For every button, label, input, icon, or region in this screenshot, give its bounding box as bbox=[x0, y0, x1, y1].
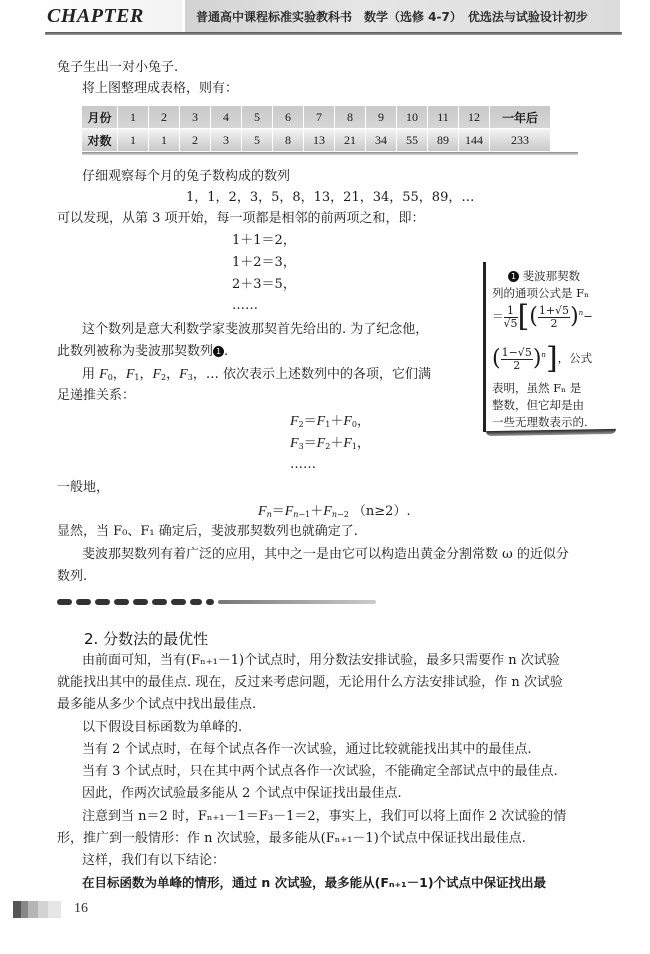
recurrence-f3: F3＝F2＋F1， bbox=[290, 435, 370, 456]
para-application-cont: 数列. bbox=[57, 568, 87, 586]
para-origin: 这个数列是意大利数学家斐波那契首先给出的. 为了纪念他， bbox=[82, 321, 428, 339]
side-note-line: 1 斐波那契数 bbox=[508, 268, 580, 284]
table-cell: 34 bbox=[366, 129, 396, 151]
table-intro: 将上图整理成表格，则有： bbox=[82, 80, 238, 98]
period: . bbox=[224, 344, 228, 359]
section-paragraph: 形，推广到一般情形：作 n 次试验，最多能从(Fₙ₊₁－1)个试点中保证找出最佳… bbox=[57, 830, 526, 848]
section-paragraph: 当有 3 个试点时，只在其中两个试点各作一次试验，不能确定全部试点中的最佳点. bbox=[82, 763, 558, 781]
section-paragraph: 当有 2 个试点时，在每个试点各作一次试验，通过比较就能找出其中的最佳点. bbox=[82, 741, 532, 759]
footer-watermark bbox=[100, 902, 170, 916]
conclusion-statement: 在目标函数为单峰的情形，通过 n 次试验，最多能从(Fₙ₊₁－1)个试点中保证找… bbox=[82, 874, 546, 892]
para-notation: 用 F0，F1，F2，F3，… 依次表示上述数列中的各项，它们满 bbox=[82, 366, 431, 387]
table-cell: 1 bbox=[118, 129, 148, 151]
sum-line: 1＋2＝3， bbox=[232, 254, 296, 272]
table-cell: 11 bbox=[428, 106, 458, 128]
table-cell: 89 bbox=[428, 129, 458, 151]
table-cell: 2 bbox=[149, 106, 179, 128]
section-paragraph: 这样，我们有以下结论： bbox=[82, 852, 225, 870]
general-recurrence: Fn＝Fn−1＋Fn−2 （n≥2）. bbox=[258, 503, 411, 524]
table-cell: 3 bbox=[180, 106, 210, 128]
side-note-formula-cont: (1−√52)n]，公式 bbox=[492, 344, 592, 374]
table-cell: 5 bbox=[242, 129, 272, 151]
table-cell-after-year: 一年后 bbox=[490, 106, 550, 128]
sequence-intro: 仔细观察每个月的兔子数构成的数列 bbox=[82, 168, 290, 186]
general-label: 一般地， bbox=[57, 479, 109, 497]
table-cell: 1 bbox=[149, 129, 179, 151]
side-note-line: 一些无理数表示的. bbox=[492, 414, 588, 430]
table-cell: 10 bbox=[397, 106, 427, 128]
para-origin-text: 此数列被称为斐波那契数列 bbox=[57, 344, 213, 359]
section-paragraph: 最多能从多少个试点中找出最佳点. bbox=[57, 696, 256, 714]
text: ，公式 bbox=[558, 351, 593, 365]
condition: （n≥2）. bbox=[353, 504, 411, 519]
para-notation-cont: 足递推关系： bbox=[57, 387, 135, 405]
table-cell: 6 bbox=[273, 106, 303, 128]
table-cell: 2 bbox=[180, 129, 210, 151]
intro-line: 兔子生出一对小兔子. bbox=[57, 59, 178, 77]
rabbit-table: 月份 1 2 3 4 5 6 7 8 9 10 11 12 一年后 对数 1 1… bbox=[82, 106, 577, 152]
section-paragraph: 注意到当 n＝2 时，Fₙ₊₁－1＝F₃－1＝2，事实上，我们可以将上面作 2 … bbox=[82, 808, 566, 826]
table-cell: 1 bbox=[118, 106, 148, 128]
footer-blocks bbox=[13, 901, 61, 918]
table-cell: 233 bbox=[490, 129, 550, 151]
section-divider bbox=[57, 598, 376, 605]
fraction: 1√5 bbox=[504, 305, 518, 330]
sum-line: 2＋3＝5， bbox=[232, 276, 296, 294]
table-cell: 5 bbox=[242, 106, 272, 128]
header-rule bbox=[45, 32, 622, 35]
table-cell: 7 bbox=[304, 106, 334, 128]
table-cell: 3 bbox=[211, 129, 241, 151]
book-title: 普通高中课程标准实验教科书 数学（选修 4-7） 优选法与试验设计初步 bbox=[196, 8, 588, 25]
text: 用 bbox=[82, 367, 99, 382]
text: ，… 依次表示上述数列中的各项，它们满 bbox=[193, 367, 431, 382]
side-note-formula: ＝1√5[(1+√52)n− bbox=[492, 302, 593, 332]
footnote-marker-icon[interactable]: 1 bbox=[213, 346, 224, 357]
chapter-label: CHAPTER bbox=[47, 5, 144, 28]
table-row-months: 月份 1 2 3 4 5 6 7 8 9 10 11 12 一年后 bbox=[82, 106, 551, 128]
section-paragraph: 以下假设目标函数为单峰的. bbox=[82, 719, 242, 737]
recurrence-ellipsis: …… bbox=[290, 456, 316, 474]
table-row-pairs: 对数 1 1 2 3 5 8 13 21 34 55 89 144 233 bbox=[82, 129, 551, 151]
side-note-line: 列的通项公式是 Fₙ bbox=[492, 285, 589, 301]
section-paragraph: 就能找出其中的最佳点. 现在，反过来考虑问题，无论用什么方法安排试验，作 n 次… bbox=[57, 674, 563, 692]
side-note-line: 整数，但它却是由 bbox=[492, 397, 584, 413]
table-cell: 8 bbox=[273, 129, 303, 151]
table-cell: 9 bbox=[366, 106, 396, 128]
fibonacci-sequence: 1，1，2，3，5，8，13，21，34，55，89，… bbox=[186, 189, 474, 207]
para-origin-cont: 此数列被称为斐波那契数列1. bbox=[57, 343, 228, 361]
footnote-marker-icon: 1 bbox=[508, 271, 519, 282]
side-note-line: 表明，虽然 Fₙ 是 bbox=[492, 380, 581, 396]
table-cell: 144 bbox=[459, 129, 489, 151]
sum-line: 1＋1＝2， bbox=[232, 232, 296, 250]
row-header-pairs: 对数 bbox=[82, 129, 117, 151]
table-cell: 13 bbox=[304, 129, 334, 151]
row-header-month: 月份 bbox=[82, 106, 117, 128]
text: 斐波那契数 bbox=[523, 269, 581, 283]
section-paragraph: 因此，作两次试验最多能从 2 个试点中保证找出最佳点. bbox=[82, 785, 402, 803]
page-header: CHAPTER 普通高中课程标准实验教科书 数学（选修 4-7） 优选法与试验设… bbox=[0, 0, 650, 36]
table-shadow bbox=[82, 152, 578, 155]
table-cell: 12 bbox=[459, 106, 489, 128]
sum-ellipsis: …… bbox=[232, 297, 258, 315]
para-determined: 显然，当 F₀、F₁ 确定后，斐波那契数列也就确定了. bbox=[57, 523, 358, 541]
sequence-observation: 可以发现，从第 3 项开始，每一项都是相邻的前两项之和，即： bbox=[57, 210, 425, 228]
recurrence-f2: F2＝F1＋F0， bbox=[290, 413, 370, 434]
table-cell: 21 bbox=[335, 129, 365, 151]
section-title: 2. 分数法的最优性 bbox=[84, 628, 208, 649]
table-cell: 4 bbox=[211, 106, 241, 128]
section-paragraph: 由前面可知，当有(Fₙ₊₁－1)个试点时，用分数法安排试验，最多只需要作 n 次… bbox=[82, 652, 560, 670]
page-number: 16 bbox=[74, 901, 88, 917]
para-application: 斐波那契数列有着广泛的应用，其中之一是由它可以构造出黄金分割常数 ω 的近似分 bbox=[82, 546, 569, 564]
table-cell: 55 bbox=[397, 129, 427, 151]
table-cell: 8 bbox=[335, 106, 365, 128]
